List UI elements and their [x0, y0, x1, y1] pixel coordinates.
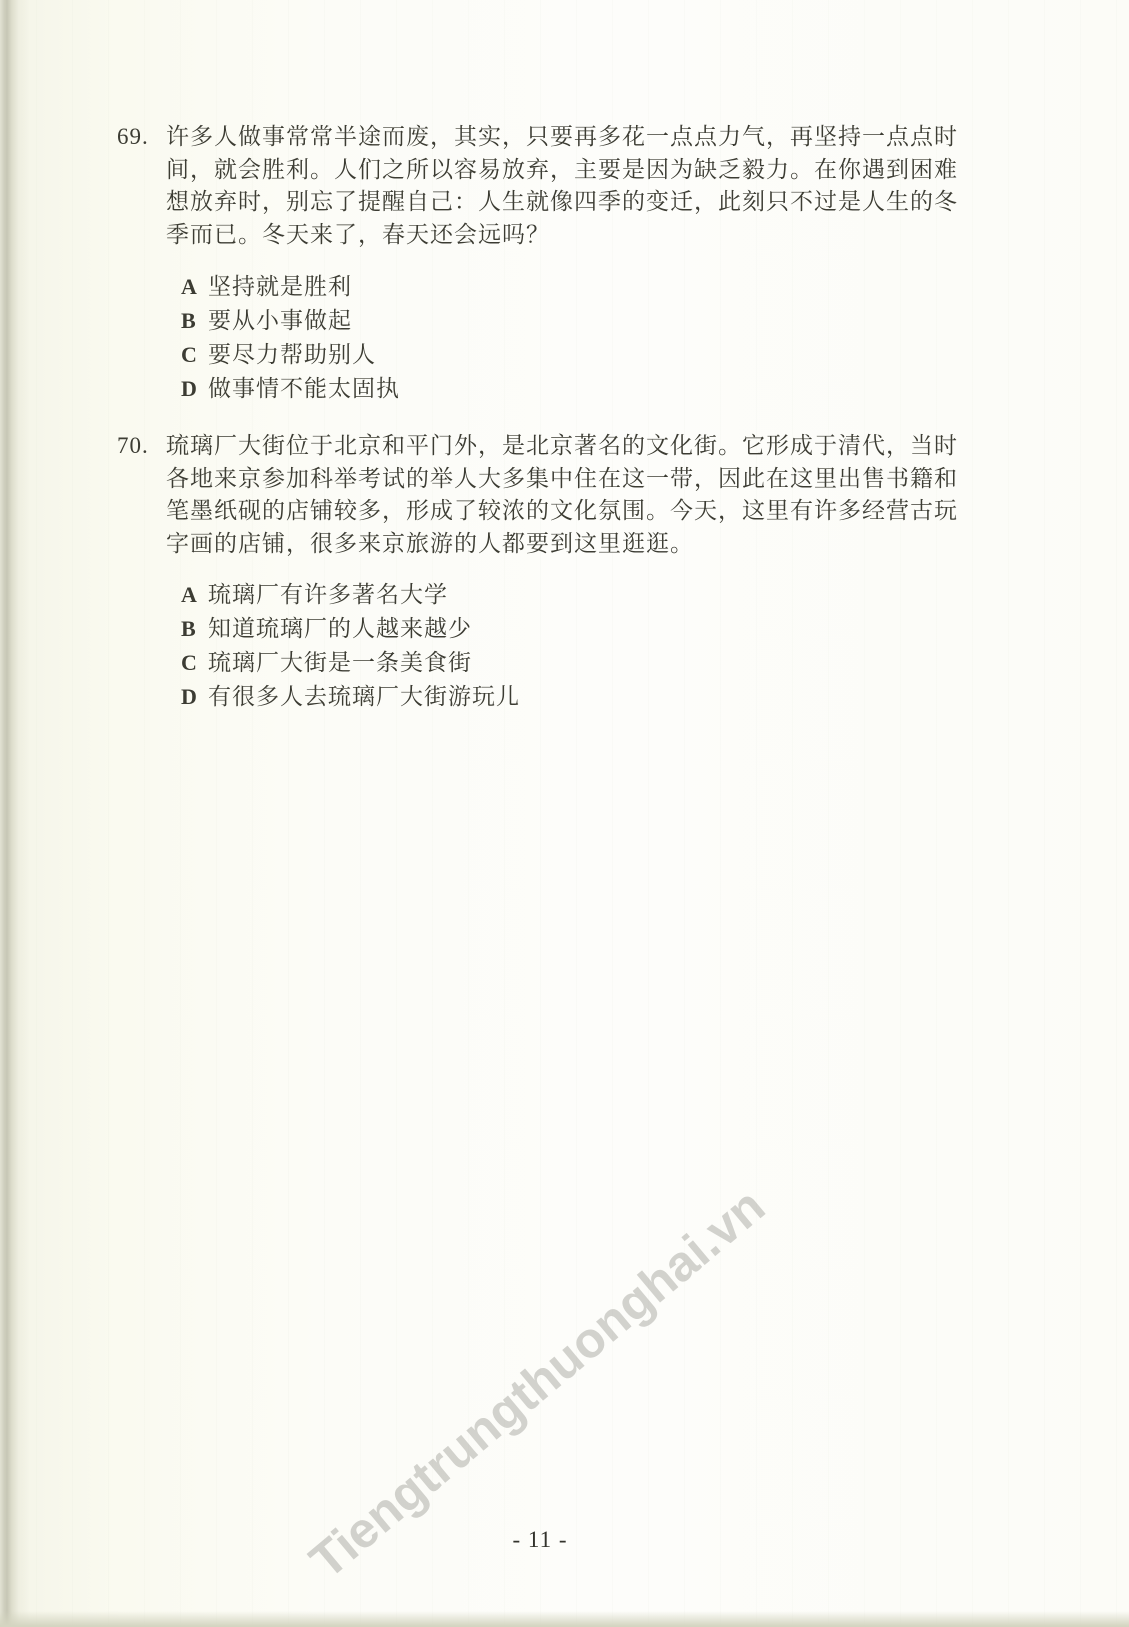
option-letter-a: A [181, 274, 208, 300]
question-69-options: A 坚持就是胜利 B 要从小事做起 C 要尽力帮助别人 D 做事情不能太固执 [181, 268, 400, 404]
question-70-line-1: 琉璃厂大街位于北京和平门外，是北京著名的文化街。它形成于清代，当时 [166, 430, 958, 463]
question-69-option-c: C 要尽力帮助别人 [181, 336, 400, 370]
question-69-text: 许多人做事常常半途而废，其实，只要再多花一点点力气，再坚持一点点时 间，就会胜利… [166, 121, 958, 251]
option-text-b: 知道琉璃厂的人越来越少 [208, 610, 472, 643]
option-letter-c: C [181, 342, 208, 368]
question-69-number: 69. [117, 121, 149, 154]
question-69-option-d: D 做事情不能太固执 [181, 370, 400, 404]
question-69-line-3: 想放弃时，别忘了提醒自己：人生就像四季的变迁，此刻只不过是人生的冬 [166, 186, 958, 219]
page-bottom-edge-shadow [0, 1611, 1129, 1627]
option-text-c: 琉璃厂大街是一条美食街 [208, 644, 472, 677]
question-69-line-4: 季而已。冬天来了，春天还会远吗？ [166, 219, 958, 252]
question-70-line-3: 笔墨纸砚的店铺较多，形成了较浓的文化氛围。今天，这里有许多经营古玩 [166, 495, 958, 528]
option-letter-d: D [181, 376, 208, 402]
option-text-d: 做事情不能太固执 [208, 370, 400, 403]
question-70-option-a: A 琉璃厂有许多著名大学 [181, 576, 520, 610]
question-69-line-2: 间，就会胜利。人们之所以容易放弃，主要是因为缺乏毅力。在你遇到困难 [166, 154, 958, 187]
option-letter-c: C [181, 650, 208, 676]
question-70-option-b: B 知道琉璃厂的人越来越少 [181, 610, 520, 644]
page-number: - 11 - [440, 1527, 640, 1553]
option-text-a: 坚持就是胜利 [208, 268, 352, 301]
question-70-line-4: 字画的店铺，很多来京旅游的人都要到这里逛逛。 [166, 528, 958, 561]
option-letter-b: B [181, 616, 208, 642]
option-text-d: 有很多人去琉璃厂大街游玩儿 [208, 678, 520, 711]
book-gutter-shadow [0, 0, 30, 1627]
question-70-option-d: D 有很多人去琉璃厂大街游玩儿 [181, 678, 520, 712]
question-70-line-2: 各地来京参加科举考试的举人大多集中住在这一带，因此在这里出售书籍和 [166, 463, 958, 496]
option-letter-a: A [181, 582, 208, 608]
question-70-option-c: C 琉璃厂大街是一条美食街 [181, 644, 520, 678]
option-text-a: 琉璃厂有许多著名大学 [208, 576, 448, 609]
question-69-line-1: 许多人做事常常半途而废，其实，只要再多花一点点力气，再坚持一点点时 [166, 121, 958, 154]
question-70-text: 琉璃厂大街位于北京和平门外，是北京著名的文化街。它形成于清代，当时 各地来京参加… [166, 430, 958, 560]
option-letter-d: D [181, 684, 208, 710]
option-text-b: 要从小事做起 [208, 302, 352, 335]
question-69-option-b: B 要从小事做起 [181, 302, 400, 336]
question-70-number: 70. [117, 430, 149, 463]
option-text-c: 要尽力帮助别人 [208, 336, 376, 369]
question-70-options: A 琉璃厂有许多著名大学 B 知道琉璃厂的人越来越少 C 琉璃厂大街是一条美食街… [181, 576, 520, 712]
option-letter-b: B [181, 308, 208, 334]
question-69-option-a: A 坚持就是胜利 [181, 268, 400, 302]
